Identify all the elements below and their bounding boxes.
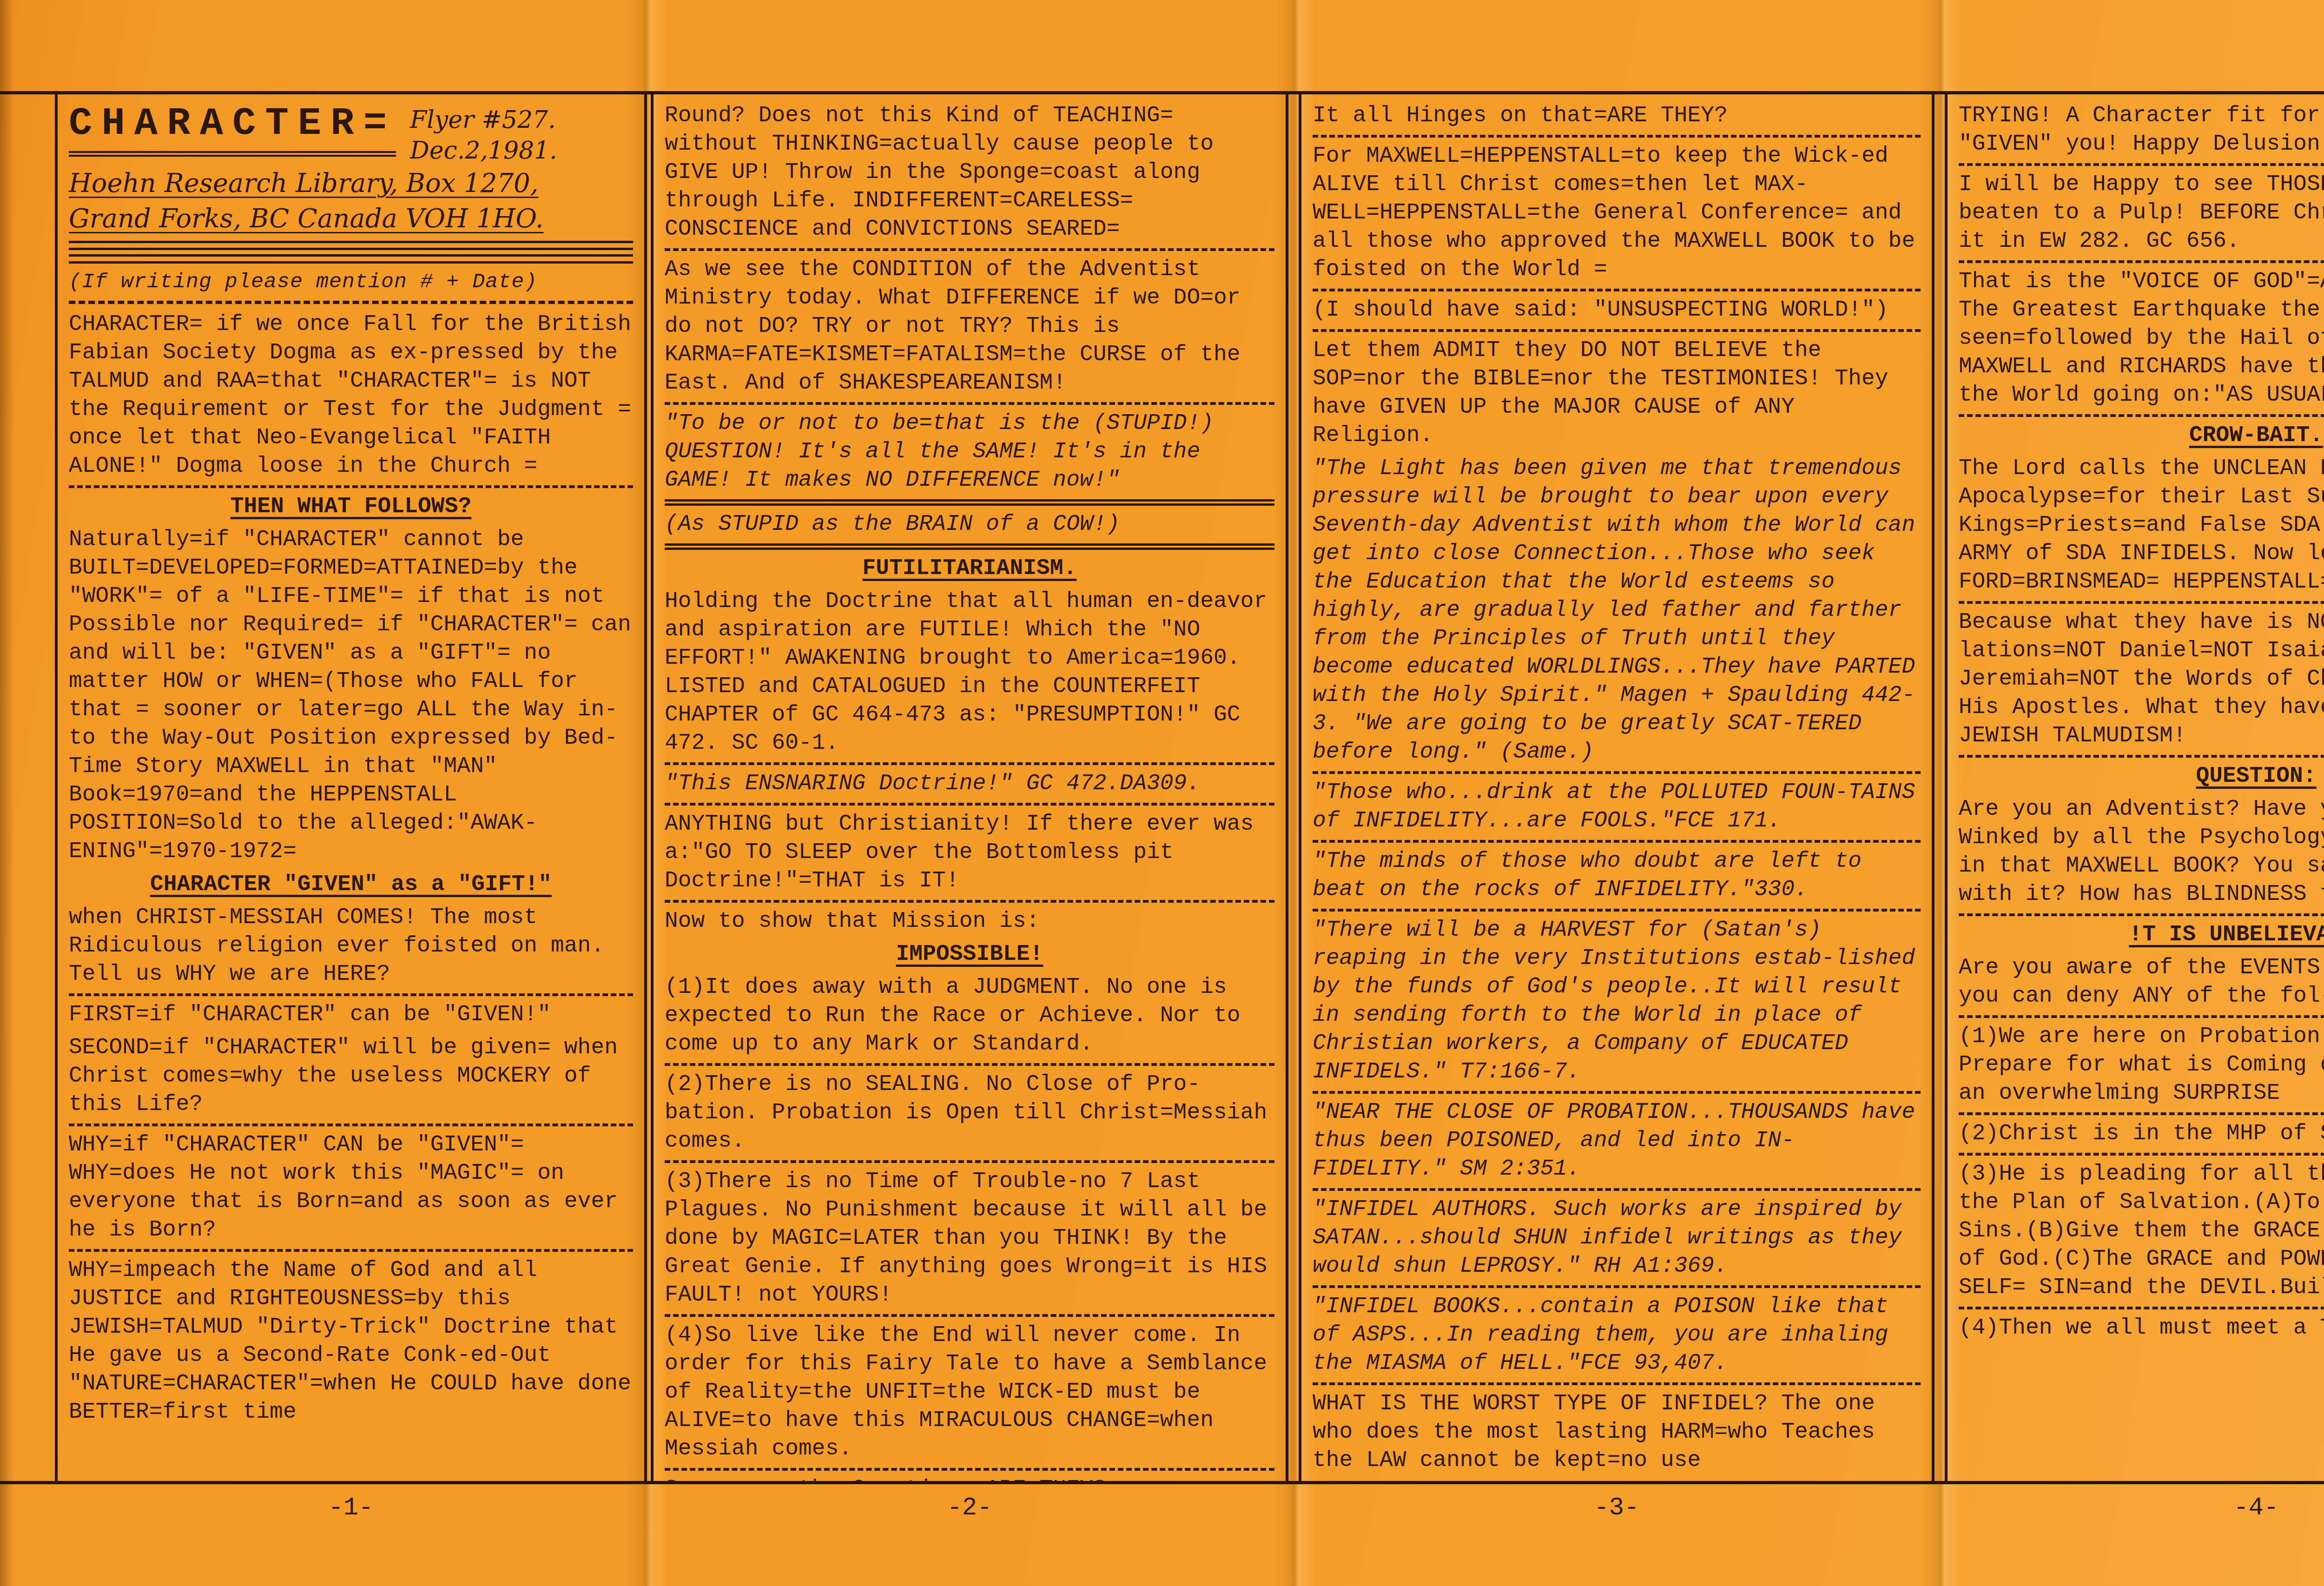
- text-block: "There will be a HARVEST for (Satan's) r…: [1313, 916, 1921, 1094]
- text-block: "This ENSNARING Doctrine!" GC 472.DA309.: [665, 770, 1274, 806]
- text-block: (2)Christ is in the MHP of Sanctuary: [1959, 1120, 2324, 1156]
- column-4: TRYING! A Character fit for Heaven will …: [1945, 94, 2324, 1481]
- column-3-text: It all Hinges on that=ARE THEY?For MAXWE…: [1313, 102, 1921, 1475]
- text-block: (As STUPID as the BRAIN of a COW!): [665, 510, 1274, 550]
- text-block: (3)There is no Time of Trouble-no 7 Last…: [665, 1168, 1274, 1317]
- text-block: CHARACTER= if we once Fall for the Briti…: [69, 311, 633, 488]
- text-block: Holding the Doctrine that all human en-d…: [665, 588, 1274, 765]
- text-block: "INFIDEL BOOKS...contain a POISON like t…: [1313, 1293, 1921, 1385]
- text-block: Are you aware of the EVENTS to come? See…: [1959, 954, 2324, 1018]
- text-block: (I should have said: "UNSUSPECTING WORLD…: [1313, 296, 1921, 332]
- text-block: WHY=impeach the Name of God and all JUST…: [69, 1256, 633, 1427]
- flyer-meta: Flyer #527. Dec.2,1981.: [410, 102, 557, 166]
- text-block: That is the "VOICE OF GOD"=ARMAGED-DON H…: [1959, 268, 2324, 417]
- text-block: (1)It does away with a JUDGMENT. No one …: [665, 973, 1274, 1066]
- column-1-text: CHARACTER= if we once Fall for the Briti…: [69, 311, 633, 1427]
- text-block: Let them ADMIT they DO NOT BELIEVE the S…: [1313, 337, 1921, 450]
- text-block: (1)We are here on Probation. We are to P…: [1959, 1023, 2324, 1115]
- masthead: CHARACTER= Flyer #527. Dec.2,1981. Hoehn…: [69, 102, 633, 304]
- text-block: ANYTHING but Christianity! If there ever…: [665, 810, 1274, 903]
- column-4-text: TRYING! A Character fit for Heaven will …: [1959, 102, 2324, 1342]
- flyer-scan: CHARACTER= Flyer #527. Dec.2,1981. Hoehn…: [0, 0, 2324, 1586]
- column-1: CHARACTER= Flyer #527. Dec.2,1981. Hoehn…: [55, 94, 647, 1481]
- column-3: It all Hinges on that=ARE THEY?For MAXWE…: [1299, 94, 1934, 1481]
- text-block: I will be Happy to see THOSE PREACH-ERS …: [1959, 171, 2324, 263]
- text-block: when CHRIST-MESSIAH COMES! The most Ridi…: [69, 904, 633, 996]
- text-block: "The minds of those who doubt are left t…: [1313, 847, 1921, 912]
- section-heading: CHARACTER "GIVEN" as a "GIFT!": [69, 871, 633, 899]
- flyer-date: Dec.2,1981.: [410, 137, 557, 165]
- page-number-4: -4-: [1945, 1494, 2324, 1522]
- text-block: "INFIDEL AUTHORS. Such works are inspire…: [1313, 1196, 1921, 1288]
- scan-edge-shadow: [0, 0, 14, 1586]
- write-note: (If writing please mention # + Date): [69, 268, 633, 304]
- text-block: "Those who...drink at the POLLUTED FOUN-…: [1313, 779, 1921, 843]
- text-block: WHY=if "CHARACTER" CAN be "GIVEN"= WHY=d…: [69, 1131, 633, 1252]
- column-2: Round? Does not this Kind of TEACHING= w…: [651, 94, 1288, 1481]
- page-number-2: -2-: [651, 1494, 1288, 1522]
- text-block: Naturally=if "CHARACTER" cannot be BUILT…: [69, 526, 633, 866]
- section-heading: CROW-BAIT.: [1959, 422, 2324, 450]
- text-block: Round? Does not this Kind of TEACHING= w…: [665, 102, 1274, 251]
- section-heading: FUTILITARIANISM.: [665, 555, 1274, 583]
- top-border-rule: [0, 91, 2324, 94]
- text-block: TRYING! A Character fit for Heaven will …: [1959, 102, 2324, 166]
- text-block: (3)He is pleading for all those who acce…: [1959, 1160, 2324, 1309]
- text-block: "To be or not to be=that is the (STUPID!…: [665, 410, 1274, 506]
- text-block: (4)Then we all must meet a TEST.: [1959, 1314, 2324, 1342]
- text-block: FIRST=if "CHARACTER" can be "GIVEN!": [69, 1001, 633, 1029]
- divider-rule: [69, 241, 633, 250]
- section-heading: !T IS UNBELIEVABLE!: [1959, 921, 2324, 949]
- section-heading: IMPOSSIBLE!: [665, 940, 1274, 969]
- page-number-1: -1-: [55, 1494, 647, 1522]
- text-block: Because what they have is NOT Reve-latio…: [1959, 608, 2324, 758]
- page-number-3: -3-: [1299, 1494, 1934, 1522]
- address-line-1: Hoehn Research Library, Box 1270,: [69, 166, 633, 201]
- text-block: SECOND=if "CHARACTER" will be given= whe…: [69, 1034, 633, 1126]
- section-heading: QUESTION:: [1959, 762, 2324, 791]
- text-block: So answer the Question: ARE THEY?: [665, 1475, 1274, 1481]
- text-block: Now to show that Mission is:: [665, 907, 1274, 936]
- divider-rule: [69, 254, 633, 264]
- text-block: WHAT IS THE WORST TYPE OF INFIDEL? The o…: [1313, 1390, 1921, 1475]
- text-block: (4)So live like the End will never come.…: [665, 1322, 1274, 1471]
- column-2-text: Round? Does not this Kind of TEACHING= w…: [665, 102, 1274, 1481]
- text-block: The Lord calls the UNCLEAN BIRDS of the …: [1959, 455, 2324, 604]
- text-block: "The Light has been given me that tremen…: [1313, 455, 1921, 774]
- page-title: CHARACTER=: [69, 102, 396, 157]
- section-heading: THEN WHAT FOLLOWS?: [69, 493, 633, 521]
- flyer-number: Flyer #527.: [410, 106, 556, 134]
- text-block: (2)There is no SEALING. No Close of Pro-…: [665, 1071, 1274, 1163]
- text-block: For MAXWELL=HEPPENSTALL=to keep the Wick…: [1313, 142, 1921, 291]
- address-line-2: Grand Forks, BC Canada VOH 1HO.: [69, 201, 633, 237]
- bottom-border-rule: [0, 1481, 2324, 1484]
- text-block: "NEAR THE CLOSE OF PROBATION...THOUSANDS…: [1313, 1098, 1921, 1191]
- text-block: Are you an Adventist? Have you been Hood…: [1959, 795, 2324, 916]
- text-block: It all Hinges on that=ARE THEY?: [1313, 102, 1921, 138]
- text-block: As we see the CONDITION of the Adventist…: [665, 256, 1274, 405]
